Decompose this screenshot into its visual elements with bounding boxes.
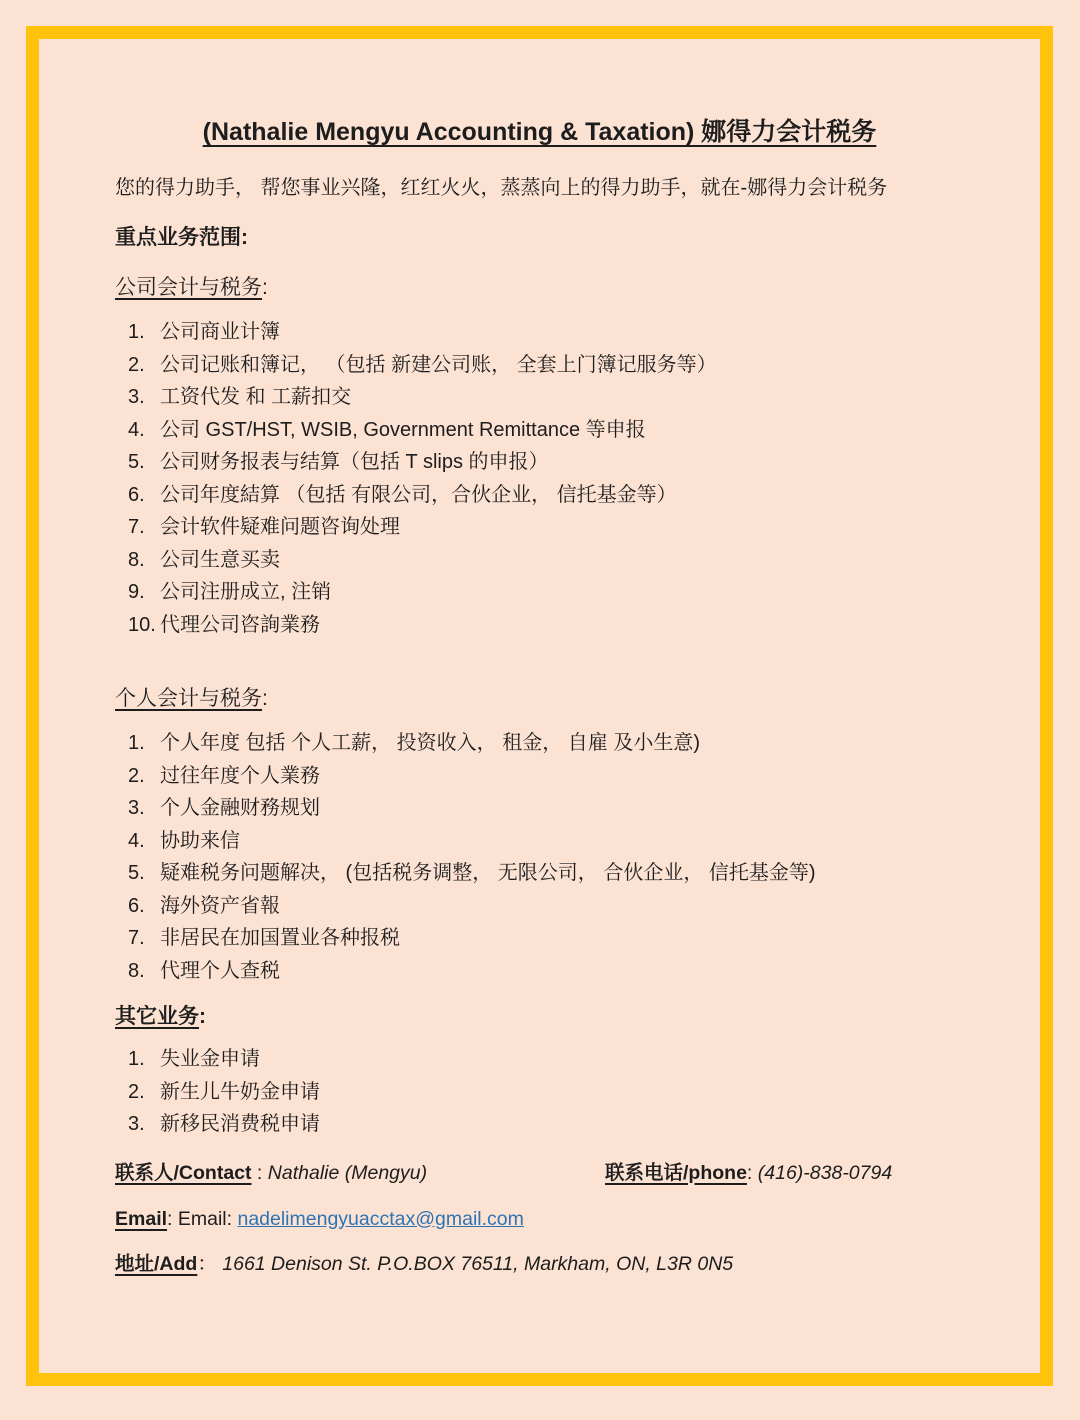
list-item-text: 公司记账和簿记， （包括 新建公司账， 全套上门簿记服务等） — [160, 349, 717, 382]
list-item-number: 3. — [128, 792, 154, 825]
list-item: 3.新移民消费税申请 — [128, 1108, 964, 1141]
list-item-number: 7. — [128, 922, 154, 955]
list-item-number: 7. — [128, 511, 154, 544]
section-heading-text: 公司会计与税务 — [115, 276, 262, 299]
flyer-content: (Nathalie Mengyu Accounting & Taxation) … — [39, 39, 1040, 1278]
list-item-number: 3. — [128, 1108, 154, 1141]
list-item-number: 2. — [128, 349, 154, 382]
list-item: 5.疑难税务问题解决， (包括税务调整， 无限公司， 合伙企业， 信托基金等) — [128, 857, 964, 890]
list-item: 7.非居民在加国置业各种报税 — [128, 922, 964, 955]
contact-email-label: Email — [115, 1208, 167, 1230]
tagline: 您的得力助手， 帮您事业兴隆，红红火火，蒸蒸向上的得力助手，就在-娜得力会计税务 — [115, 174, 964, 202]
contact-row: 联系人/Contact : Nathalie (Mengyu) 联系电话/pho… — [115, 1159, 964, 1187]
list-item: 2.公司记账和簿记， （包括 新建公司账， 全套上门簿记服务等） — [128, 349, 964, 382]
list-item: 1.个人年度 包括 个人工薪， 投资收入， 租金， 自雇 及小生意) — [128, 727, 964, 760]
list-item-text: 会计软件疑难问题咨询处理 — [160, 511, 400, 544]
section-heading-colon: : — [262, 687, 268, 710]
list-item-text: 失业金申请 — [160, 1043, 260, 1076]
list-item-number: 1. — [128, 727, 154, 760]
list-item-number: 6. — [128, 890, 154, 923]
list-item: 1.失业金申请 — [128, 1043, 964, 1076]
section-heading-colon: : — [262, 276, 268, 299]
list-item: 3.个人金融财務规划 — [128, 792, 964, 825]
contact-phone-separator: : — [747, 1162, 758, 1184]
list-item-text: 个人金融财務规划 — [160, 792, 320, 825]
personal-services-list: 1.个人年度 包括 个人工薪， 投资收入， 租金， 自雇 及小生意) 2.过往年… — [128, 727, 964, 987]
list-item-text: 海外资产省報 — [160, 890, 280, 923]
list-item-text: 公司注册成立, 注销 — [160, 576, 331, 609]
contact-person: 联系人/Contact : Nathalie (Mengyu) — [115, 1159, 605, 1187]
list-item-number: 10. — [128, 609, 154, 642]
list-item-text: 新移民消费税申请 — [160, 1108, 320, 1141]
list-item-text: 公司商业计簿 — [160, 316, 280, 349]
contact-email-prefix: : Email: — [167, 1208, 237, 1230]
section-heading-corporate: 公司会计与税务: — [115, 274, 964, 302]
list-item-number: 8. — [128, 955, 154, 988]
contact-phone-label: 联系电话/phone — [605, 1162, 747, 1184]
list-item-number: 1. — [128, 1043, 154, 1076]
list-item: 4.公司 GST/HST, WSIB, Government Remittanc… — [128, 414, 964, 447]
list-item: 6.公司年度結算 （包括 有限公司，合伙企业， 信托基金等） — [128, 479, 964, 512]
contact-address-separator: ： — [197, 1253, 222, 1275]
contact-person-separator: : — [252, 1162, 268, 1184]
list-item-number: 4. — [128, 825, 154, 858]
contact-phone: 联系电话/phone: (416)-838-0794 — [605, 1159, 892, 1187]
corporate-services-list: 1.公司商业计簿 2.公司记账和簿记， （包括 新建公司账， 全套上门簿记服务等… — [128, 316, 964, 641]
list-item: 7.会计软件疑难问题咨询处理 — [128, 511, 964, 544]
list-item-text: 代理个人查税 — [160, 955, 280, 988]
list-item-text: 疑难税务问题解决， (包括税务调整， 无限公司， 合伙企业， 信托基金等) — [160, 857, 816, 890]
list-item-number: 2. — [128, 760, 154, 793]
list-item: 4.协助来信 — [128, 825, 964, 858]
list-item-text: 代理公司咨詢業務 — [160, 609, 320, 642]
list-item-number: 2. — [128, 1076, 154, 1109]
list-item-text: 新生儿牛奶金申请 — [160, 1076, 320, 1109]
list-item-number: 8. — [128, 544, 154, 577]
list-item-number: 3. — [128, 381, 154, 414]
list-item-number: 4. — [128, 414, 154, 447]
list-item-text: 协助来信 — [160, 825, 240, 858]
list-item-text: 公司年度結算 （包括 有限公司，合伙企业， 信托基金等） — [160, 479, 677, 512]
scope-heading-colon: : — [241, 226, 248, 249]
other-services-list: 1.失业金申请 2.新生儿牛奶金申请 3.新移民消费税申请 — [128, 1043, 964, 1141]
contact-phone-value: (416)-838-0794 — [758, 1162, 892, 1184]
list-item-text: 非居民在加国置业各种报税 — [160, 922, 400, 955]
list-item-text: 公司 GST/HST, WSIB, Government Remittance … — [160, 414, 646, 447]
list-item-text: 公司生意买卖 — [160, 544, 280, 577]
section-heading-text: 其它业务 — [115, 1005, 199, 1028]
contact-address: 地址/Add： 1661 Denison St. P.O.BOX 76511, … — [115, 1250, 964, 1278]
contact-address-value: 1661 Denison St. P.O.BOX 76511, Markham,… — [222, 1253, 733, 1275]
contact-person-label: 联系人/Contact — [115, 1162, 252, 1184]
page-title: (Nathalie Mengyu Accounting & Taxation) … — [115, 117, 964, 147]
section-heading-other: 其它业务: — [115, 1003, 964, 1031]
section-heading-personal: 个人会计与税务: — [115, 685, 964, 713]
list-item-number: 6. — [128, 479, 154, 512]
list-item: 10.代理公司咨詢業務 — [128, 609, 964, 642]
list-item: 2.新生儿牛奶金申请 — [128, 1076, 964, 1109]
email-link[interactable]: nadelimengyuacctax@gmail.com — [237, 1208, 523, 1230]
list-item: 3.工资代发 和 工薪扣交 — [128, 381, 964, 414]
list-item: 6.海外资产省報 — [128, 890, 964, 923]
list-item-number: 5. — [128, 446, 154, 479]
list-item: 8.代理个人查税 — [128, 955, 964, 988]
contact-section: 联系人/Contact : Nathalie (Mengyu) 联系电话/pho… — [115, 1159, 964, 1278]
contact-email: Email: Email: nadelimengyuacctax@gmail.c… — [115, 1205, 964, 1233]
scope-heading: 重点业务范围: — [115, 224, 964, 252]
list-item: 1.公司商业计簿 — [128, 316, 964, 349]
list-item: 9.公司注册成立, 注销 — [128, 576, 964, 609]
list-item: 8.公司生意买卖 — [128, 544, 964, 577]
list-item-text: 个人年度 包括 个人工薪， 投资收入， 租金， 自雇 及小生意) — [160, 727, 700, 760]
contact-person-value: Nathalie (Mengyu) — [268, 1162, 427, 1184]
list-item-text: 工资代发 和 工薪扣交 — [160, 381, 351, 414]
contact-address-label: 地址/Add — [115, 1253, 197, 1275]
list-item-number: 5. — [128, 857, 154, 890]
list-item: 2.过往年度个人業務 — [128, 760, 964, 793]
list-item-text: 过往年度个人業務 — [160, 760, 320, 793]
scope-heading-text: 重点业务范围 — [115, 226, 241, 249]
list-item: 5.公司财务报表与结算（包括 T slips 的申报） — [128, 446, 964, 479]
list-item-text: 公司财务报表与结算（包括 T slips 的申报） — [160, 446, 549, 479]
list-item-number: 9. — [128, 576, 154, 609]
section-heading-colon: : — [199, 1005, 206, 1028]
section-heading-text: 个人会计与税务 — [115, 687, 262, 710]
list-item-number: 1. — [128, 316, 154, 349]
